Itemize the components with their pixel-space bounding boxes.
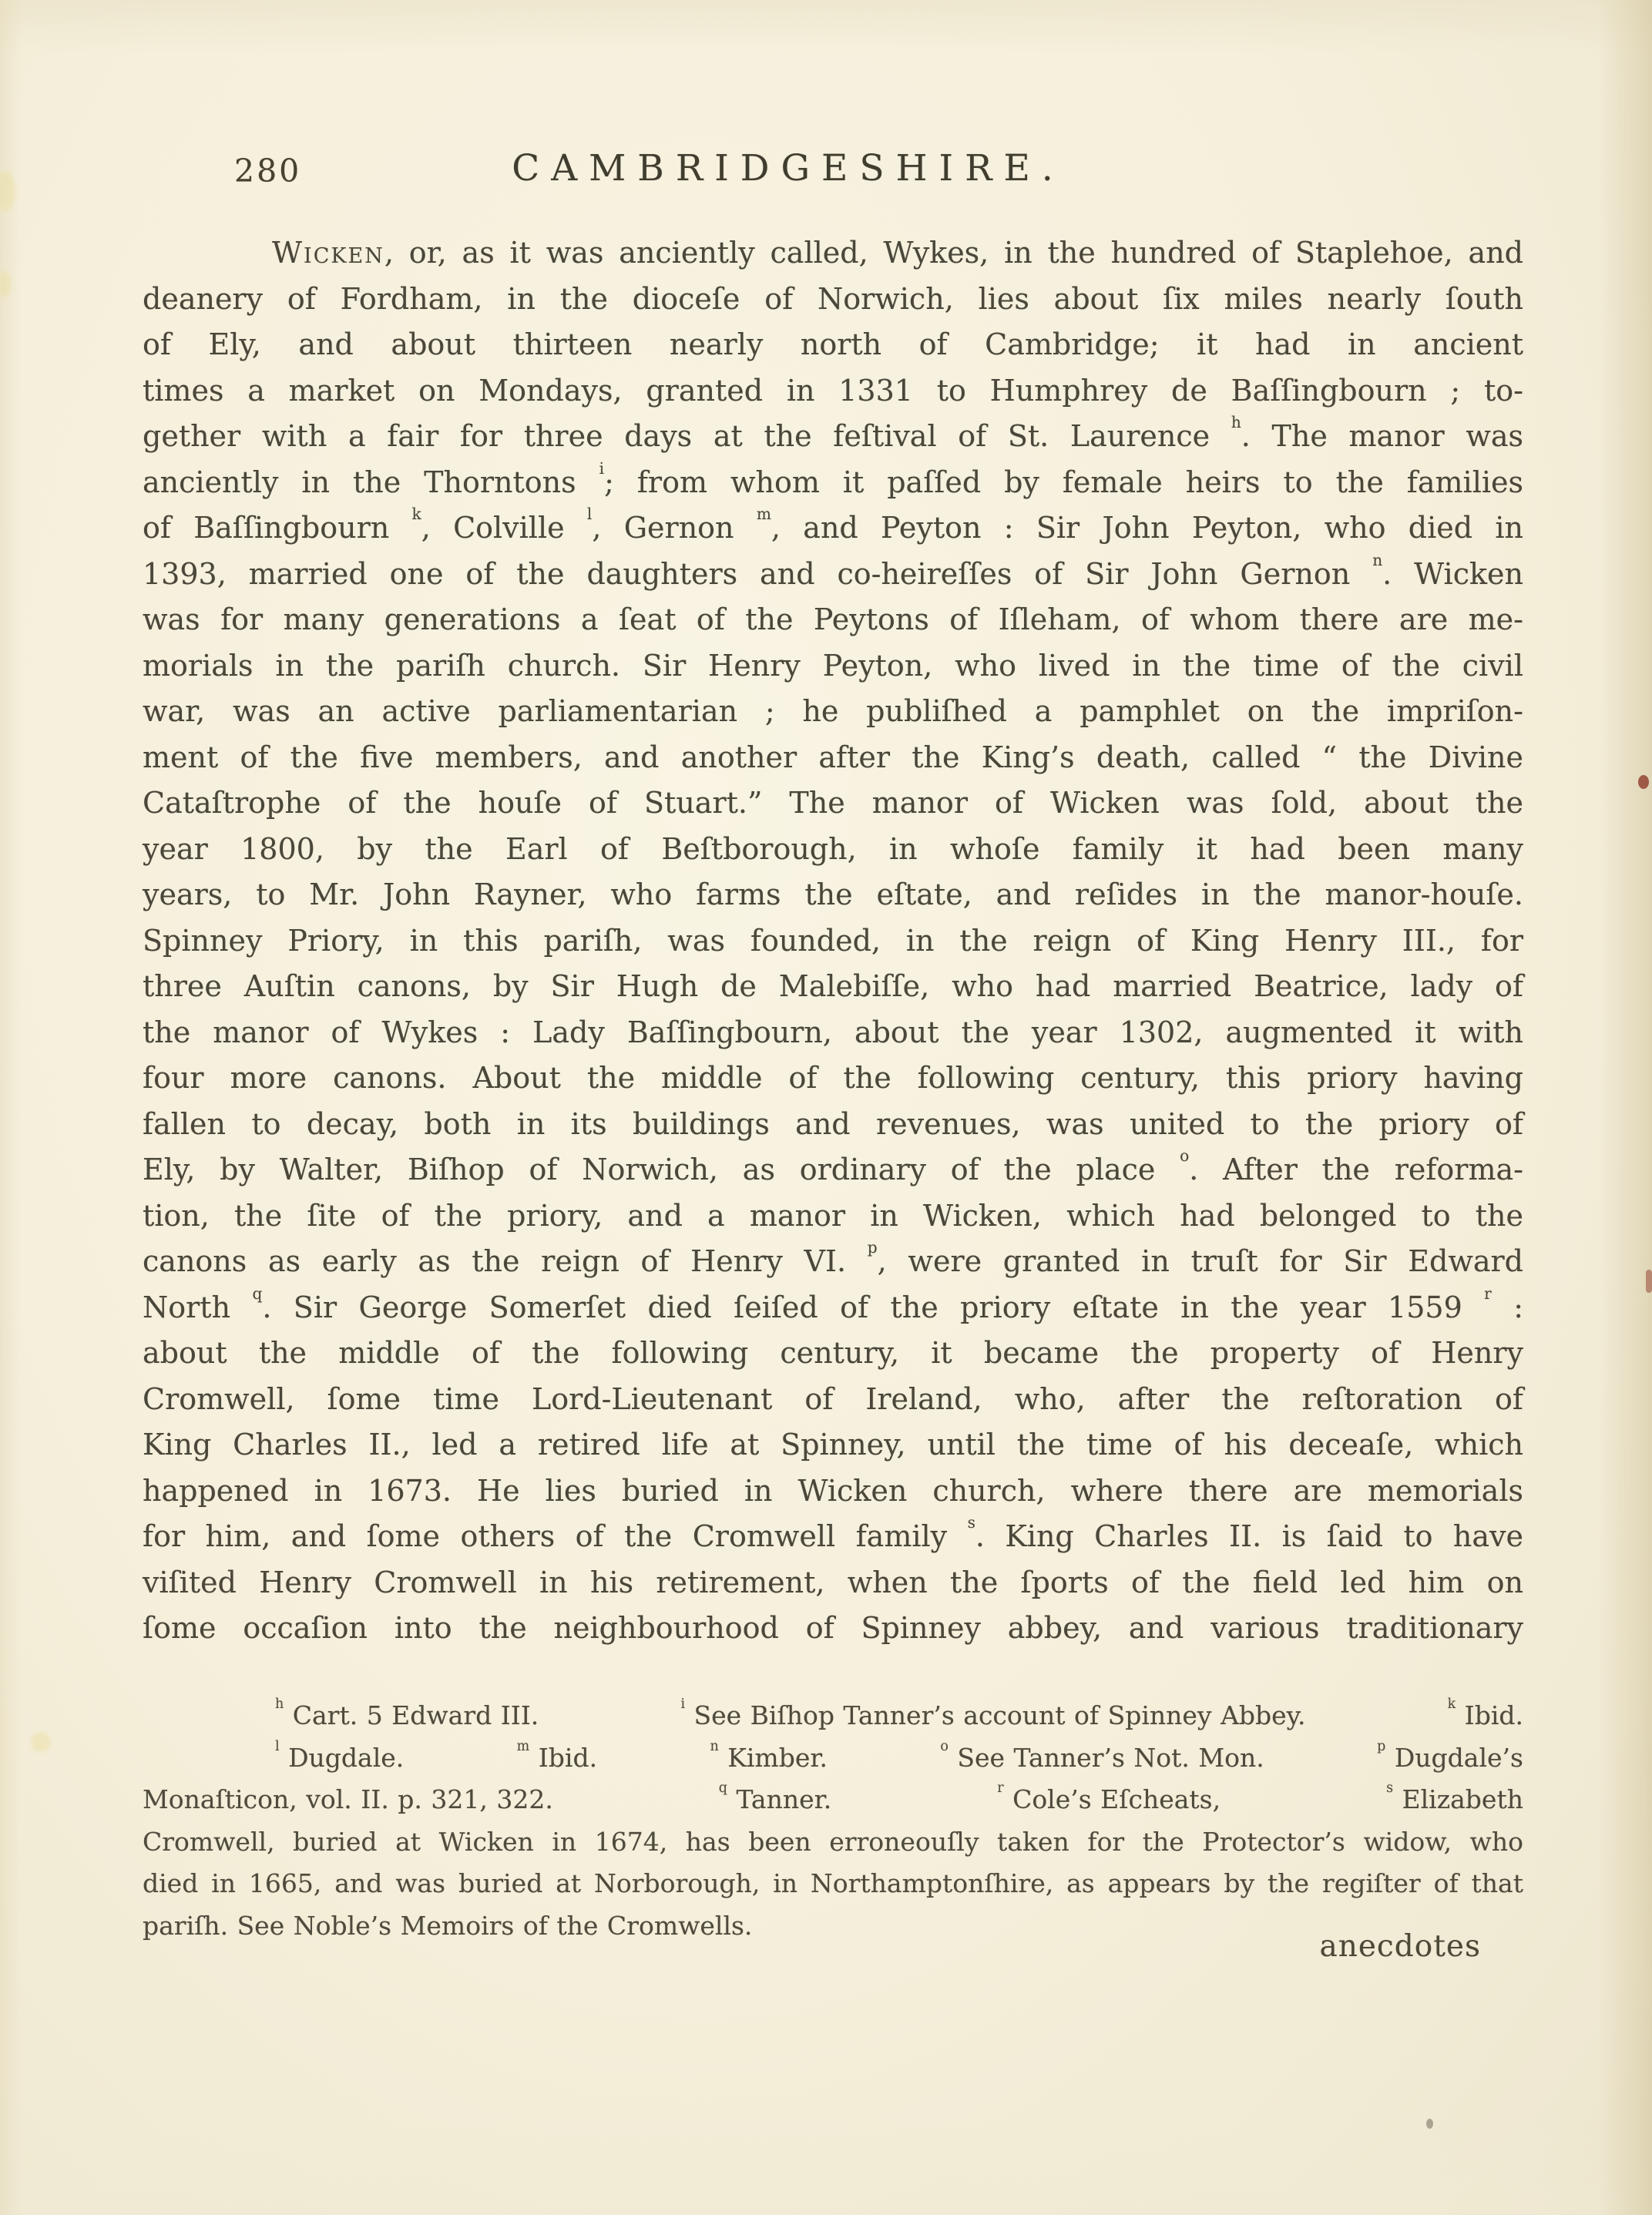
paper-stain — [31, 1732, 51, 1752]
catchword: anecdotes — [1319, 1929, 1481, 1964]
footnote-section: h Cart. 5 Edward III.i See Biſhop Tanner… — [143, 1695, 1523, 1947]
text-line: gether with a fair for three days at the… — [143, 414, 1523, 460]
footnote-entry: o See Tanner’s Not. Mon. — [940, 1737, 1264, 1780]
text-line: 1393, married one of the daughters and c… — [143, 552, 1523, 598]
footnote-line: died in 1665, and was buried at Norborou… — [143, 1863, 1523, 1905]
footnote-reference: p — [1377, 1739, 1385, 1754]
footnote-reference: n — [710, 1739, 718, 1754]
footnote-line: l Dugdale.m Ibid.n Kimber.o See Tanner’s… — [143, 1737, 1523, 1780]
footnote-reference: q — [719, 1780, 727, 1796]
text-line: fallen to decay, both in its buildings a… — [143, 1102, 1523, 1148]
footnote-entry: l Dugdale. — [275, 1737, 404, 1780]
text-line: tion, the ſite of the priory, and a mano… — [143, 1193, 1523, 1240]
text-line: times a market on Mondays, granted in 13… — [143, 368, 1523, 414]
text-line: about the middle of the following centur… — [143, 1331, 1523, 1377]
text-line: Wicken, or, as it was anciently called, … — [143, 230, 1523, 277]
body-paragraph: Wicken, or, as it was anciently called, … — [143, 230, 1523, 1652]
footnote-line: Cromwell, buried at Wicken in 1674, has … — [143, 1821, 1523, 1864]
footnote-reference: h — [1231, 413, 1241, 431]
text-line: years, to Mr. John Rayner, who farms the… — [143, 872, 1523, 918]
text-line: canons as early as the reign of Henry VI… — [143, 1239, 1523, 1285]
footnote-reference: r — [1484, 1284, 1492, 1303]
text-line: viſited Henry Cromwell in his retirement… — [143, 1560, 1523, 1606]
footnote-reference: q — [252, 1284, 262, 1303]
footnote-line: pariſh. See Noble’s Memoirs of the Cromw… — [143, 1905, 1523, 1948]
paper-stain — [0, 271, 11, 297]
text-line: the manor of Wykes : Lady Baſſingbourn, … — [143, 1010, 1523, 1056]
footnote-line: h Cart. 5 Edward III.i See Biſhop Tanner… — [143, 1695, 1523, 1737]
footnote-reference: i — [599, 459, 604, 478]
text-line: of Ely, and about thirteen nearly north … — [143, 322, 1523, 368]
footnote-entry: r Cole’s Eſcheats, — [997, 1779, 1221, 1821]
footnote-reference: k — [412, 505, 421, 523]
footnote-reference: l — [275, 1739, 280, 1754]
footnote-line: Monaſticon, vol. II. p. 321, 322.q Tanne… — [143, 1779, 1523, 1821]
footnote-reference: o — [1180, 1146, 1189, 1165]
ink-mark — [1646, 1270, 1652, 1293]
text-line: year 1800, by the Earl of Beſtborough, i… — [143, 827, 1523, 873]
text-line: morials in the pariſh church. Sir Henry … — [143, 643, 1523, 690]
footnote-entry: k Ibid. — [1448, 1695, 1523, 1737]
text-line: anciently in the Thorntons i; from whom … — [143, 460, 1523, 506]
footnote-reference: s — [968, 1513, 975, 1532]
footnote-reference: m — [757, 505, 771, 523]
footnote-reference: s — [1386, 1780, 1393, 1796]
text-line: ſome occaſion into the neighbourhood of … — [143, 1606, 1523, 1652]
footnote-reference: n — [1372, 551, 1382, 569]
text-line: of Baſſingbourn k, Colville l, Gernon m,… — [143, 505, 1523, 552]
text-line: ment of the five members, and another af… — [143, 735, 1523, 781]
footnote-reference: m — [517, 1739, 530, 1754]
text-line: King Charles II., led a retired life at … — [143, 1422, 1523, 1468]
footnote-entry: h Cart. 5 Edward III. — [275, 1695, 539, 1737]
text-line: Cataſtrophe of the houſe of Stuart.” The… — [143, 780, 1523, 827]
text-line: Cromwell, ſome time Lord-Lieutenant of I… — [143, 1377, 1523, 1423]
footnote-entry: n Kimber. — [710, 1737, 828, 1780]
ink-mark — [1638, 775, 1649, 789]
book-page-scan: 280 CAMBRIDGESHIRE. Wicken, or, as it wa… — [0, 0, 1652, 2215]
text-line: deanery of Fordham, in the dioceſe of No… — [143, 277, 1523, 323]
footnote-reference: k — [1448, 1696, 1456, 1712]
footnote-entry: m Ibid. — [517, 1737, 597, 1780]
text-line: three Auſtin canons, by Sir Hugh de Male… — [143, 964, 1523, 1010]
footnote-reference: r — [997, 1780, 1003, 1796]
footnote-entry: p Dugdale’s — [1377, 1737, 1523, 1780]
ink-speck — [1426, 2119, 1433, 2129]
footnote-reference: h — [275, 1696, 284, 1712]
text-line: Ely, by Walter, Biſhop of Norwich, as or… — [143, 1147, 1523, 1193]
footnote-entry: s Elizabeth — [1386, 1779, 1523, 1821]
footnote-entry: q Tanner. — [719, 1779, 832, 1821]
small-caps-word: Wicken — [272, 236, 384, 270]
text-line: four more canons. About the middle of th… — [143, 1055, 1523, 1102]
footnote-reference: l — [587, 505, 592, 523]
footnote-reference: o — [940, 1739, 949, 1754]
footnote-reference: p — [868, 1238, 878, 1257]
footnote-entry: i See Biſhop Tanner’s account of Spinney… — [680, 1695, 1305, 1737]
paper-stain — [0, 171, 15, 211]
text-line: was for many generations a ſeat of the P… — [143, 597, 1523, 643]
text-line: happened in 1673. He lies buried in Wick… — [143, 1468, 1523, 1515]
text-line: for him, and ſome others of the Cromwell… — [143, 1514, 1523, 1560]
footnote-reference: i — [680, 1696, 685, 1712]
text-line: Spinney Priory, in this pariſh, was foun… — [143, 918, 1523, 965]
running-title: CAMBRIDGESHIRE. — [98, 147, 1479, 190]
text-line: war, was an active parliamentarian ; he … — [143, 689, 1523, 735]
footnote-entry: Monaſticon, vol. II. p. 321, 322. — [143, 1779, 553, 1821]
text-line: North q. Sir George Somerſet died ſeiſed… — [143, 1285, 1523, 1331]
